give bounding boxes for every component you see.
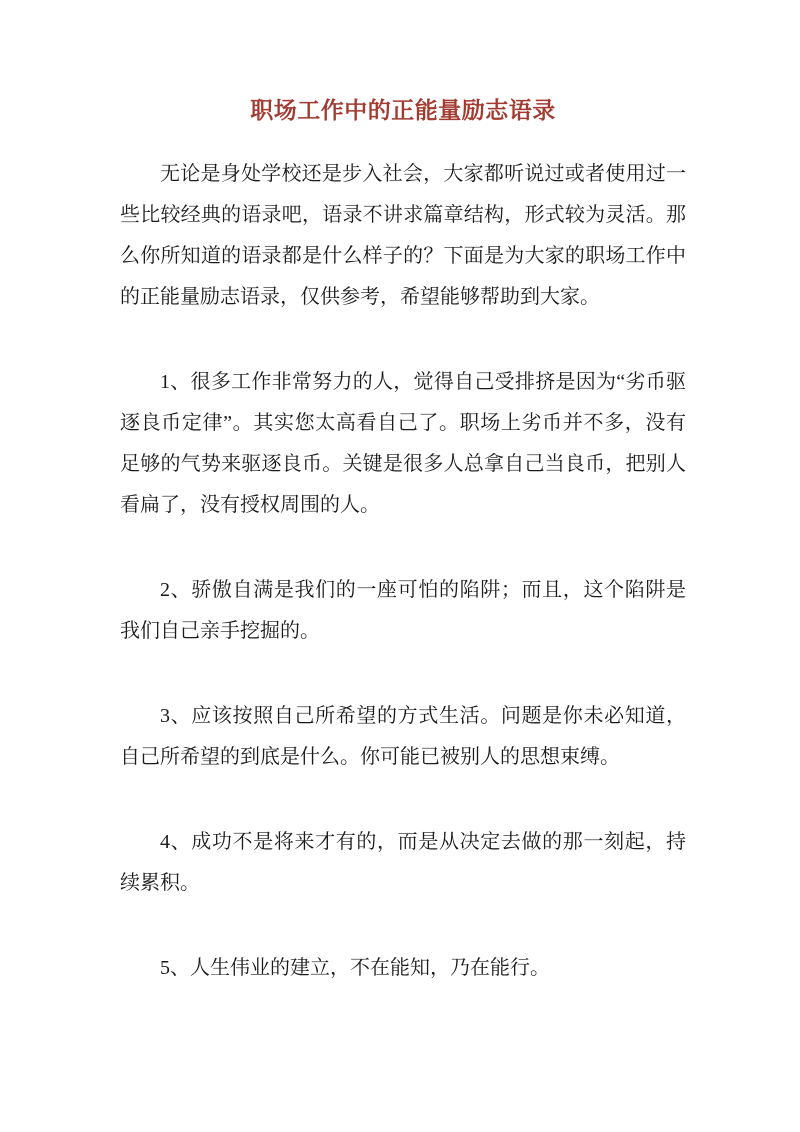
document-page: 职场工作中的正能量励志语录 无论是身处学校还是步入社会，大家都听说过或者使用过一…: [0, 0, 800, 1132]
quote-paragraph-4: 4、成功不是将来才有的，而是从决定去做的那一刻起，持续累积。: [120, 822, 686, 904]
quote-list: 1、很多工作非常努力的人，觉得自己受排挤是因为“劣币驱逐良币定律”。其实您太高看…: [120, 362, 686, 989]
quote-paragraph-2: 2、骄傲自满是我们的一座可怕的陷阱；而且，这个陷阱是我们自己亲手挖掘的。: [120, 570, 686, 652]
quote-paragraph-5: 5、人生伟业的建立，不在能知，乃在能行。: [120, 948, 686, 989]
intro-paragraph: 无论是身处学校还是步入社会，大家都听说过或者使用过一些比较经典的语录吧，语录不讲…: [120, 154, 686, 318]
document-title: 职场工作中的正能量励志语录: [120, 96, 686, 124]
quote-paragraph-3: 3、应该按照自己所希望的方式生活。问题是你未必知道，自己所希望的到底是什么。你可…: [120, 696, 686, 778]
quote-paragraph-1: 1、很多工作非常努力的人，觉得自己受排挤是因为“劣币驱逐良币定律”。其实您太高看…: [120, 362, 686, 526]
